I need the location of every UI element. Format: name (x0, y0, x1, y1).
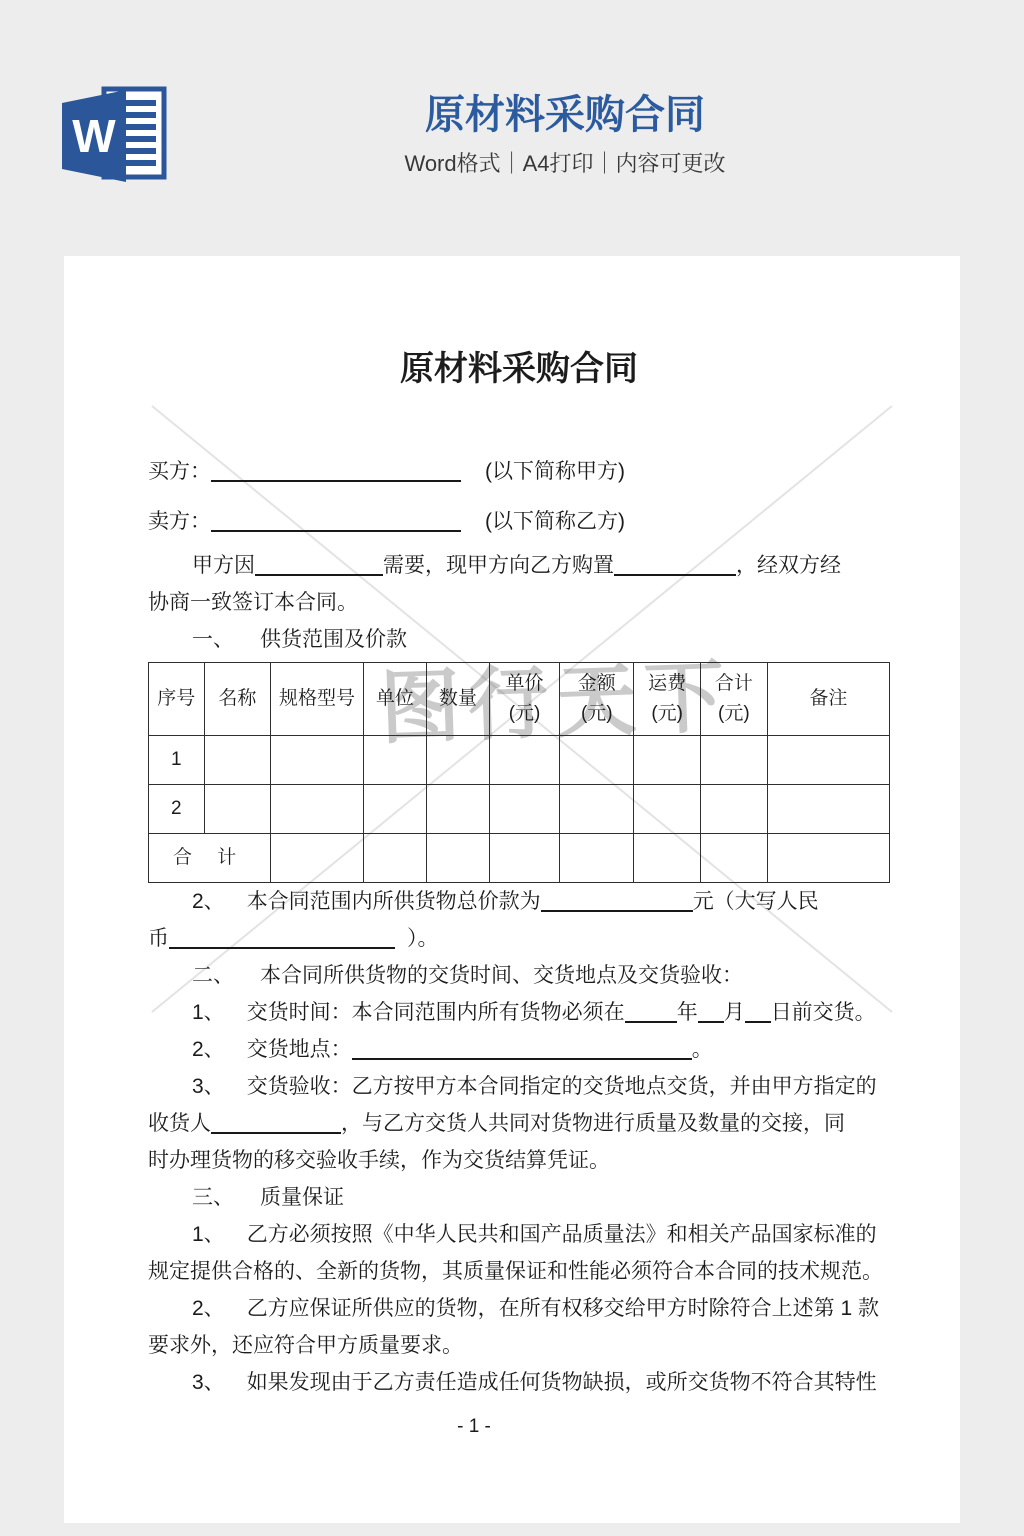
quality-item-3: 3、如果发现由于乙方责任造成任何货物缺损，或所交货物不符合其特性 (148, 1364, 890, 1401)
col-remark: 备注 (767, 663, 889, 736)
row-1-index: 1 (149, 736, 205, 785)
total-label: 合 计 (149, 834, 271, 883)
section-2-number: 二、 (192, 964, 234, 987)
table-total-row: 合 计 (149, 834, 890, 883)
buyer-suffix: (以下简称甲方) (485, 460, 625, 483)
word-icon: W (58, 84, 172, 188)
col-amount: 金额(元) (560, 663, 634, 736)
seller-line: 卖方：(以下简称乙方) (148, 497, 890, 547)
word-icon-letter: W (72, 110, 116, 162)
acceptance-text-a: 交货验收：乙方按甲方本合同指定的交货地点交货，并由甲方指定的 (247, 1075, 877, 1098)
item-number: 2、 (192, 1297, 225, 1320)
intro-blank-1 (255, 572, 383, 576)
quality-3-text: 如果发现由于乙方责任造成任何货物缺损，或所交货物不符合其特性 (247, 1371, 877, 1394)
seller-label: 卖方： (148, 510, 211, 533)
col-freight: 运费(元) (634, 663, 701, 736)
intro-text-d: 协商一致签订本合同。 (148, 591, 358, 614)
table-row: 2 (149, 785, 890, 834)
col-spec: 规格型号 (271, 663, 364, 736)
delivery-time-item: 1、交货时间：本合同范围内所有货物必须在年月日前交货。 (148, 994, 890, 1031)
section-3-number: 三、 (192, 1186, 234, 1209)
total-price-text-a: 本合同范围内所供货物总价款为 (247, 890, 541, 913)
total-price-paragraph: 2、本合同范围内所供货物总价款为元（大写人民 币）。 (148, 883, 890, 957)
quality-1-text-b: 规定提供合格的、全新的货物，其质量保证和性能必须符合本合同的技术规范。 (148, 1260, 883, 1283)
intro-text-a: 甲方因 (192, 554, 255, 577)
section-1-number: 一、 (192, 628, 234, 651)
seller-blank (211, 528, 461, 532)
section-2-heading: 二、本合同所供货物的交货时间、交货地点及交货验收： (148, 957, 890, 994)
month-blank (698, 1019, 724, 1023)
contract-title: 原材料采购合同 (148, 256, 890, 391)
document-page: 图行天下 原材料采购合同 买方：(以下简称甲方) 卖方：(以下简称乙方) 甲方因… (64, 256, 960, 1523)
seller-suffix: (以下简称乙方) (485, 510, 625, 533)
intro-paragraph: 甲方因需要，现甲方向乙方购置，经双方经 协商一致签订本合同。 (148, 547, 890, 621)
section-3-title: 质量保证 (260, 1186, 344, 1209)
document-content: 原材料采购合同 买方：(以下简称甲方) 卖方：(以下简称乙方) 甲方因需要，现甲… (64, 256, 960, 1401)
col-name: 名称 (204, 663, 271, 736)
table-row: 1 (149, 736, 890, 785)
place-blank (352, 1056, 692, 1060)
section-1-title: 供货范围及价款 (260, 628, 407, 651)
total-price-text-d: ）。 (407, 927, 439, 950)
screenshot-canvas: W 原材料采购合同 Word格式｜A4打印｜内容可更改 图行天下 原材料采购合同… (0, 0, 1024, 1536)
item-number: 3、 (192, 1371, 225, 1394)
col-total: 合计(元) (701, 663, 768, 736)
consignee-blank (211, 1130, 341, 1134)
delivery-acceptance-item: 3、交货验收：乙方按甲方本合同指定的交货地点交货，并由甲方指定的 收货人，与乙方… (148, 1068, 890, 1179)
acceptance-text-b: 收货人 (148, 1112, 211, 1135)
buyer-label: 买方： (148, 460, 211, 483)
header-text-block: 原材料采购合同 Word格式｜A4打印｜内容可更改 (260, 92, 870, 178)
row-2-index: 2 (149, 785, 205, 834)
template-title: 原材料采购合同 (260, 92, 870, 138)
word-file-icon: W (58, 84, 172, 188)
quality-item-1: 1、乙方必须按照《中华人民共和国产品质量法》和相关产品国家标准的 规定提供合格的… (148, 1216, 890, 1290)
buyer-line: 买方：(以下简称甲方) (148, 447, 890, 497)
total-price-blank (541, 908, 693, 912)
item-number: 2、 (192, 890, 225, 913)
item-number: 2、 (192, 1038, 225, 1061)
delivery-time-text: 交货时间：本合同范围内所有货物必须在 (247, 1001, 625, 1024)
item-number: 1、 (192, 1223, 225, 1246)
goods-table-header-row: 序号 名称 规格型号 单位 数量 单价(元) 金额(元) 运费(元) 合计(元)… (149, 663, 890, 736)
total-price-text-b: 元（大写人民 (693, 890, 819, 913)
day-blank (745, 1019, 771, 1023)
col-unit-price: 单价(元) (489, 663, 559, 736)
buyer-blank (211, 478, 461, 482)
section-3-heading: 三、质量保证 (148, 1179, 890, 1216)
acceptance-text-c: ，与乙方交货人共同对货物进行质量及数量的交接，同 (341, 1112, 845, 1135)
acceptance-text-d: 时办理货物的移交验收手续，作为交货结算凭证。 (148, 1149, 610, 1172)
quality-1-text-a: 乙方必须按照《中华人民共和国产品质量法》和相关产品国家标准的 (247, 1223, 877, 1246)
quality-2-text-b: 要求外，还应符合甲方质量要求。 (148, 1334, 463, 1357)
section-2-title: 本合同所供货物的交货时间、交货地点及交货验收： (260, 964, 743, 987)
delivery-place-item: 2、交货地点：。 (148, 1031, 890, 1068)
capital-amount-blank (169, 945, 395, 949)
col-unit: 单位 (363, 663, 426, 736)
intro-text-b: 需要，现甲方向乙方购置 (383, 554, 614, 577)
item-number: 1、 (192, 1001, 225, 1024)
goods-table: 序号 名称 规格型号 单位 数量 单价(元) 金额(元) 运费(元) 合计(元)… (148, 662, 890, 883)
quality-item-2: 2、乙方应保证所供应的货物，在所有权移交给甲方时除符合上述第 1 款 要求外，还… (148, 1290, 890, 1364)
total-price-text-c: 币 (148, 927, 169, 950)
intro-text-c: ，经双方经 (736, 554, 841, 577)
section-1-heading: 一、供货范围及价款 (148, 621, 890, 658)
col-index: 序号 (149, 663, 205, 736)
quality-2-text-a: 乙方应保证所供应的货物，在所有权移交给甲方时除符合上述第 1 款 (247, 1297, 879, 1320)
col-qty: 数量 (426, 663, 489, 736)
year-blank (625, 1019, 677, 1023)
template-subtitle: Word格式｜A4打印｜内容可更改 (260, 150, 870, 178)
intro-blank-2 (614, 572, 736, 576)
item-number: 3、 (192, 1075, 225, 1098)
page-number: - 1 - (64, 1416, 884, 1438)
delivery-place-text: 交货地点： (247, 1038, 352, 1061)
